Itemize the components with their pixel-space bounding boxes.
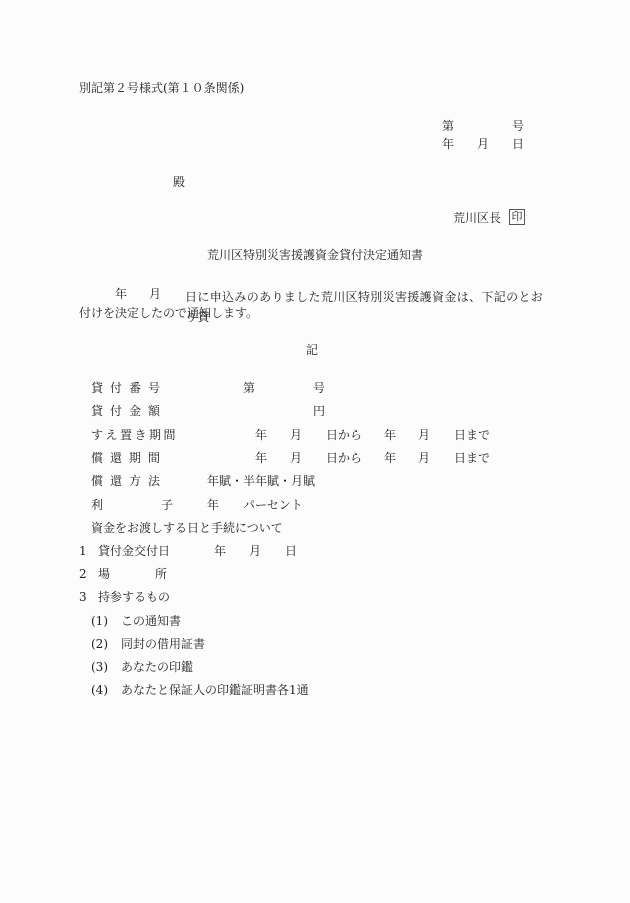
loan-number-prefix: 第 <box>243 381 255 395</box>
bring-item-text: 同封の借用証書 <box>121 637 205 651</box>
repay-from-year: 年 <box>255 451 267 465</box>
grace-from-day: 日から <box>326 428 362 442</box>
bring-item-number: (3) <box>91 660 108 674</box>
bring-item-text: この通知書 <box>121 614 181 628</box>
detail-label-a: 利 <box>91 498 103 512</box>
item-number: 2 <box>79 567 87 581</box>
procedure-heading: 資金をお渡しする日と手続について <box>91 521 283 535</box>
date-month: 月 <box>477 137 489 151</box>
bring-item-number: (4) <box>91 683 108 697</box>
repay-to-month: 月 <box>418 451 430 465</box>
grace-to-year: 年 <box>384 428 396 442</box>
document-title: 荒川区特別災害援護資金貸付決定通知書 <box>207 248 423 262</box>
repay-to-day: 日まで <box>454 451 490 465</box>
item-label: 貸付金交付日 <box>98 544 170 558</box>
bring-item-text: あなたと保証人の印鑑証明書各1通 <box>121 683 309 697</box>
repay-from-day: 日から <box>326 451 362 465</box>
detail-label: 償還期間 <box>91 451 167 465</box>
body-month: 月 <box>149 287 161 301</box>
item-label: 持参するもの <box>98 590 170 604</box>
number-prefix: 第 <box>442 119 454 133</box>
body-text-line2: 付けを決定したので通知します。 <box>79 306 258 320</box>
grace-to-day: 日まで <box>454 428 490 442</box>
ki-heading: 記 <box>306 343 318 357</box>
bring-item-text: あなたの印鑑 <box>121 660 193 674</box>
grace-from-month: 月 <box>290 428 302 442</box>
detail-label-b: 子 <box>161 498 173 512</box>
item-label-a: 場 <box>98 567 110 581</box>
repay-from-month: 月 <box>290 451 302 465</box>
item-label-b: 所 <box>155 567 167 581</box>
interest-percent: パーセント <box>243 498 303 512</box>
loan-amount-unit: 円 <box>313 404 325 418</box>
grace-from-year: 年 <box>255 428 267 442</box>
disbursement-year: 年 <box>214 544 226 558</box>
date-year: 年 <box>442 137 454 151</box>
disbursement-month: 月 <box>249 544 261 558</box>
loan-number-suffix: 号 <box>313 381 325 395</box>
detail-label: 貸付番号 <box>91 381 167 395</box>
repayment-method-options: 年賦・半年賦・月賦 <box>207 474 315 488</box>
seal-mark: 印 <box>509 209 525 225</box>
grace-to-month: 月 <box>418 428 430 442</box>
body-year: 年 <box>115 287 127 301</box>
bring-item-number: (1) <box>91 614 108 628</box>
bring-item-number: (2) <box>91 637 108 651</box>
detail-label: 償還方法 <box>91 474 167 488</box>
disbursement-day: 日 <box>285 544 297 558</box>
form-label: 別記第２号様式(第１０条関係) <box>79 81 244 95</box>
interest-year: 年 <box>207 498 219 512</box>
number-suffix: 号 <box>512 119 524 133</box>
detail-label: すえ置き期間 <box>91 428 178 442</box>
item-number: 3 <box>79 590 87 604</box>
date-day: 日 <box>512 137 524 151</box>
issuer-name: 荒川区長 <box>453 211 501 225</box>
item-number: 1 <box>79 544 87 558</box>
detail-label: 貸付金額 <box>91 404 167 418</box>
addressee-suffix: 殿 <box>173 175 185 189</box>
repay-to-year: 年 <box>384 451 396 465</box>
